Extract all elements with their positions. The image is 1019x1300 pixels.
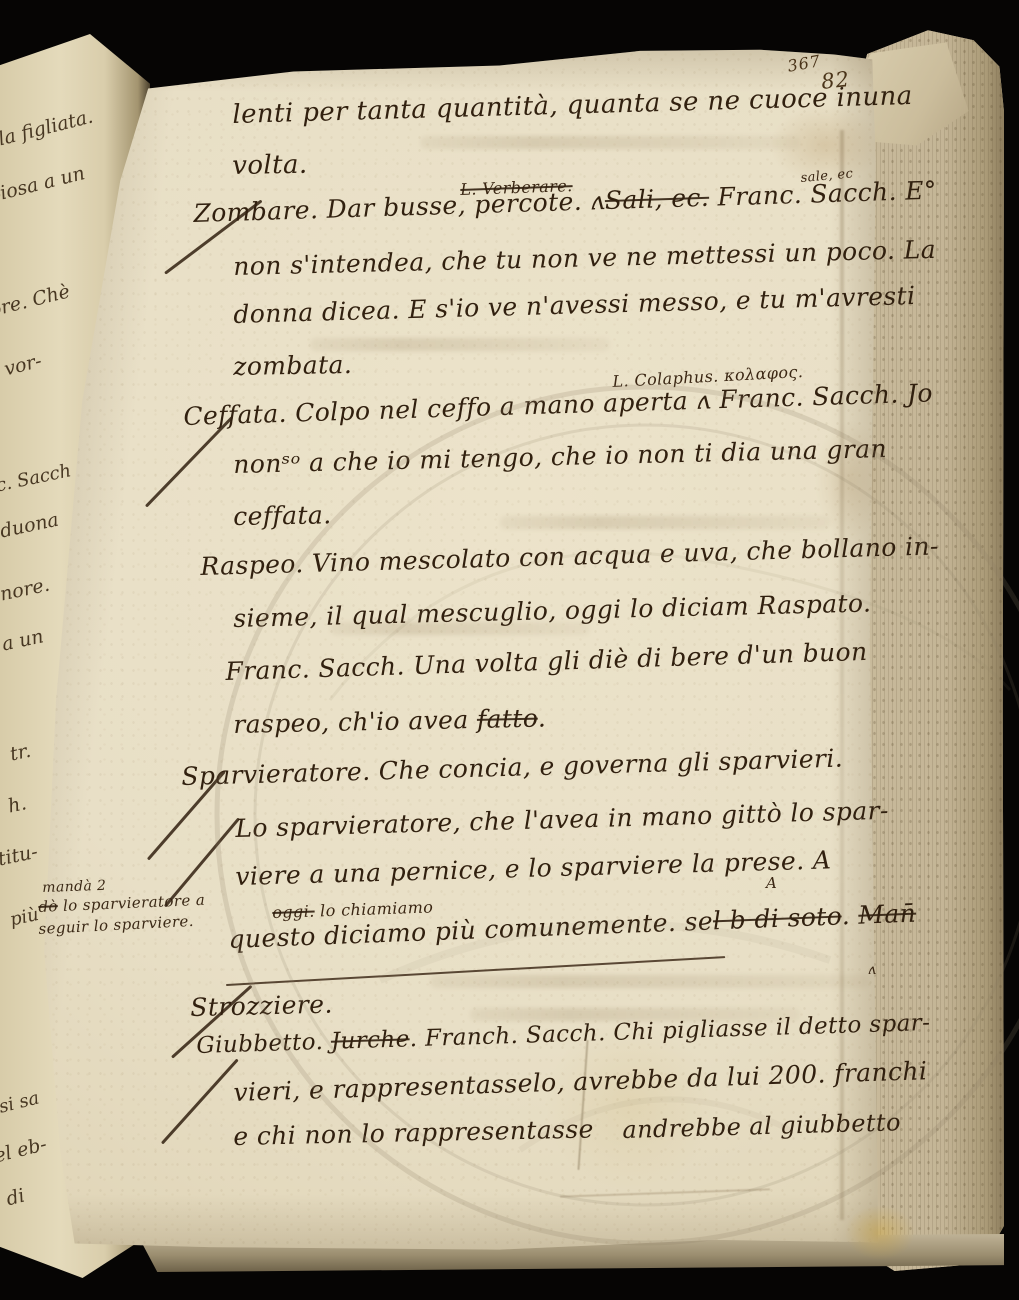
manuscript-line: Ceffata. Colpo nel ceffo a mano aperta ʌ… xyxy=(183,378,933,431)
manuscript-photo: la figliata.piosa a untore. Chèvor-c. Sa… xyxy=(0,0,1019,1300)
manuscript-line: vieri, e rappresentasselo, avrebbe da lu… xyxy=(233,1056,928,1107)
manuscript-line: mandà 2 xyxy=(42,878,107,896)
manuscript-line: Lo sparvieratore, che l'avea in mano git… xyxy=(235,796,889,843)
manuscript-line: andrebbe al giubbetto xyxy=(622,1108,901,1144)
manuscript-line: ceffata. xyxy=(233,500,332,531)
manuscript-line: e chi non lo rappresentasse xyxy=(233,1114,594,1151)
manuscript-line: lenti per tanta quantità, quanta se ne c… xyxy=(232,81,913,130)
cancellation-slash xyxy=(161,1059,239,1145)
manuscript-line: A xyxy=(766,874,777,892)
manuscript-line: volta. xyxy=(232,150,308,181)
manuscript-line: nonˢᵒ a che io mi tengo, che io non ti d… xyxy=(233,434,887,479)
manuscript-line: donna dicea. E s'io ve n'avessi messo, e… xyxy=(233,281,916,329)
cancellation-rule xyxy=(226,956,725,986)
manuscript-line: raspeo, ch'io avea fatto. xyxy=(233,703,546,739)
manuscript-line: ʌ xyxy=(868,962,876,978)
manuscript-line: 367 xyxy=(786,51,822,76)
manuscript-line: viere a una pernice, e lo sparviere la p… xyxy=(235,845,832,891)
manuscript-line: Raspeo. Vino mescolato con acqua e uva, … xyxy=(200,531,939,581)
manuscript-line: sieme, il qual mescuglio, oggi lo diciam… xyxy=(233,588,872,633)
manuscript-line: seguir lo sparviere. xyxy=(38,912,194,938)
manuscript-line: zombata. xyxy=(233,350,352,381)
manuscript-line: Franc. Sacch. Una volta gli diè di bere … xyxy=(225,637,868,686)
manuscript-line: non s'intendea, che tu non ve ne mettess… xyxy=(233,235,936,281)
manuscript-line: Sparvieratore. Che concia, e governa gli… xyxy=(181,744,843,791)
manuscript-line: Strozziere. xyxy=(190,990,333,1022)
ink-layer: 36782lenti per tanta quantità, quanta se… xyxy=(0,0,1019,1300)
